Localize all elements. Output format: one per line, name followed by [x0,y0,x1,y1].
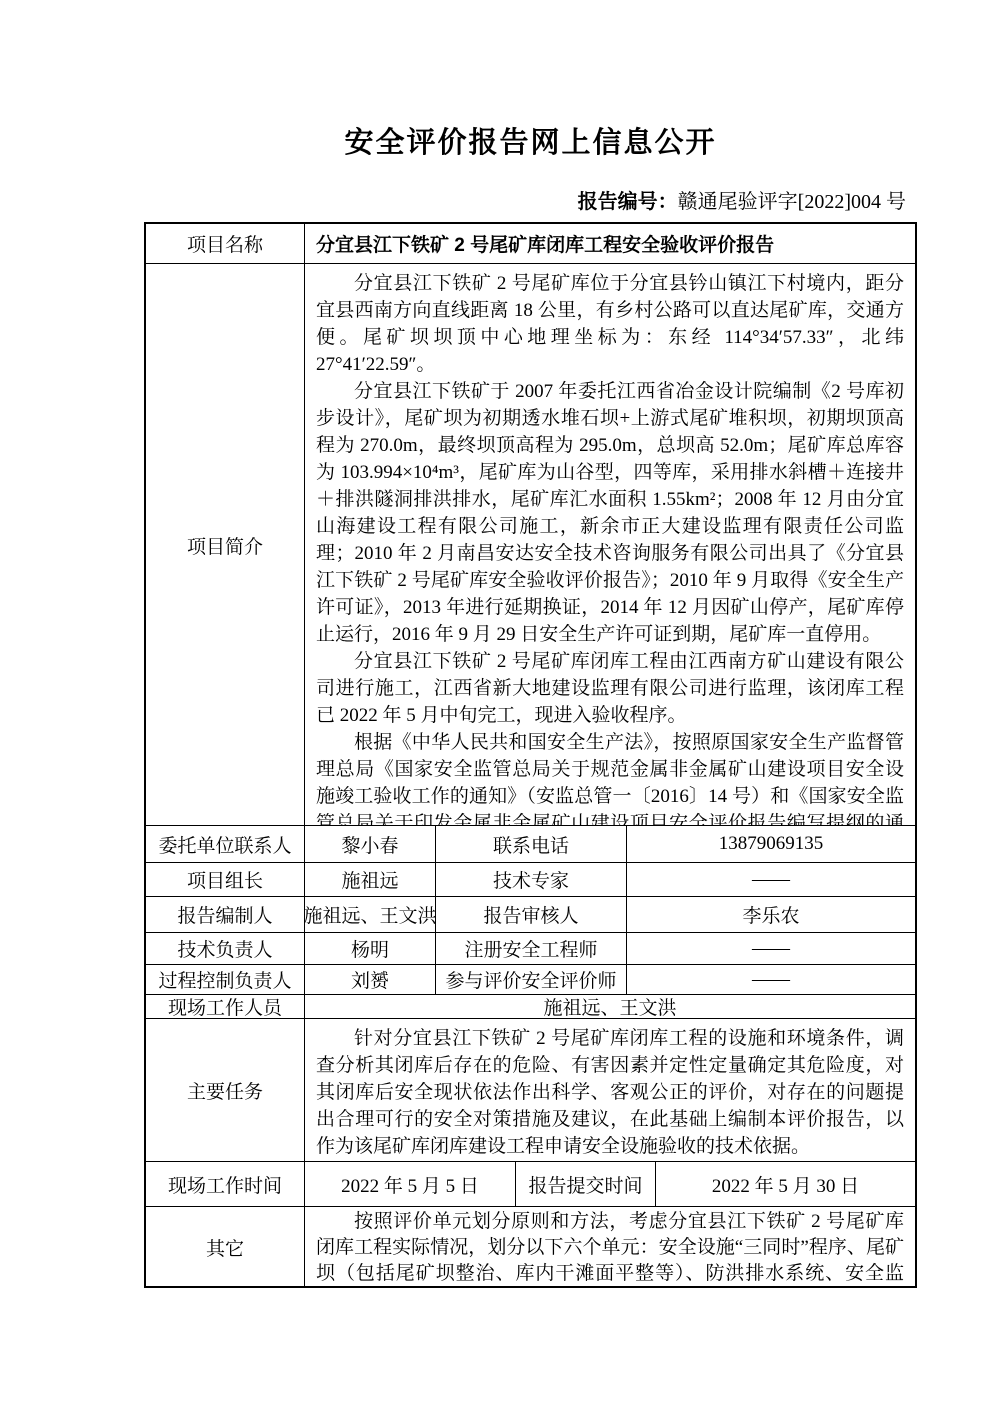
other-text-cell: 按照评价单元划分原则和方法，考虑分宜县江下铁矿 2 号尾矿库闭库工程实际情况，划… [304,1207,915,1287]
main-task-text-cell: 针对分宜县江下铁矿 2 号尾矿库闭库工程的设施和环境条件，调查分析其闭库后存在的… [304,1019,915,1162]
table-row-project-name: 项目名称 分宜县江下铁矿 2 号尾矿库闭库工程安全验收评价报告 [146,224,915,263]
project-intro-paragraph-2: 分宜县江下铁矿于 2007 年委托江西省冶金设计院编制《2 号库初步设计》，尾矿… [316,378,904,648]
project-intro-paragraph-3: 分宜县江下铁矿 2 号尾矿库闭库工程由江西南方矿山建设有限公司进行施工，江西省新… [316,648,904,729]
reviewer-name: 李乐农 [626,897,915,932]
work-time-label: 现场工作时间 [146,1162,304,1206]
report-number-value: 赣通尾验评字[2022]004 号 [678,191,906,213]
process-control-label: 过程控制负责人 [146,965,304,994]
field-staff-names: 施祖远、王文洪 [304,995,915,1018]
report-number-label: 报告编号： [578,191,678,213]
info-table: 项目名称 分宜县江下铁矿 2 号尾矿库闭库工程安全验收评价报告 项目简介 分宜县… [144,222,917,1288]
tech-lead-label: 技术负责人 [146,933,304,964]
safety-engineer-label: 注册安全工程师 [435,933,626,964]
tech-lead-name: 杨明 [304,933,435,964]
field-staff-label: 现场工作人员 [146,995,304,1018]
project-intro-text: 分宜县江下铁矿 2 号尾矿库位于分宜县钤山镇江下村境内，距分宜县西南方向直线距离… [304,264,915,826]
work-time-value: 2022 年 5 月 5 日 [304,1162,515,1206]
table-row-field-staff: 现场工作人员 施祖远、王文洪 [146,994,915,1018]
table-row-author: 报告编制人 施祖远、王文洪 报告审核人 李乐农 [146,896,915,932]
other-paragraph: 按照评价单元划分原则和方法，考虑分宜县江下铁矿 2 号尾矿库闭库工程实际情况，划… [316,1209,904,1287]
safety-engineer-value: —— [626,933,915,964]
contact-label: 委托单位联系人 [146,826,304,862]
expert-label: 技术专家 [435,863,626,896]
table-row-process-control: 过程控制负责人 刘赟 参与评价安全评价师 —— [146,964,915,994]
report-number-line: 报告编号：赣通尾验评字[2022]004 号 [144,185,906,214]
table-row-work-time: 现场工作时间 2022 年 5 月 5 日 报告提交时间 2022 年 5 月 … [146,1161,915,1206]
submit-time-label: 报告提交时间 [515,1162,655,1206]
evaluator-label: 参与评价安全评价师 [435,965,626,994]
main-task-paragraph: 针对分宜县江下铁矿 2 号尾矿库闭库工程的设施和环境条件，调查分析其闭库后存在的… [316,1025,904,1160]
evaluator-value: —— [626,965,915,994]
phone-value: 13879069135 [626,826,915,862]
phone-label: 联系电话 [435,826,626,862]
author-label: 报告编制人 [146,897,304,932]
page-title: 安全评价报告网上信息公开 [144,120,917,161]
document-page: 安全评价报告网上信息公开 报告编号：赣通尾验评字[2022]004 号 项目名称… [0,0,992,1403]
submit-time-value: 2022 年 5 月 30 日 [655,1162,915,1206]
reviewer-label: 报告审核人 [435,897,626,932]
table-row-other: 其它 按照评价单元划分原则和方法，考虑分宜县江下铁矿 2 号尾矿库闭库工程实际情… [146,1206,915,1286]
expert-value: —— [626,863,915,896]
table-row-leader: 项目组长 施祖远 技术专家 —— [146,862,915,896]
leader-label: 项目组长 [146,863,304,896]
other-label: 其它 [146,1207,304,1287]
project-intro-paragraph-1: 分宜县江下铁矿 2 号尾矿库位于分宜县钤山镇江下村境内，距分宜县西南方向直线距离… [316,270,904,378]
leader-name: 施祖远 [304,863,435,896]
table-row-project-intro: 项目简介 分宜县江下铁矿 2 号尾矿库位于分宜县钤山镇江下村境内，距分宜县西南方… [146,263,915,825]
contact-name: 黎小春 [304,826,435,862]
table-row-contact: 委托单位联系人 黎小春 联系电话 13879069135 [146,825,915,862]
project-intro-label: 项目简介 [146,264,304,826]
main-task-label: 主要任务 [146,1019,304,1162]
table-row-main-task: 主要任务 针对分宜县江下铁矿 2 号尾矿库闭库工程的设施和环境条件，调查分析其闭… [146,1018,915,1161]
table-row-tech-lead: 技术负责人 杨明 注册安全工程师 —— [146,932,915,964]
project-name-value: 分宜县江下铁矿 2 号尾矿库闭库工程安全验收评价报告 [304,224,915,263]
project-intro-paragraph-4: 根据《中华人民共和国安全生产法》，按照原国家安全生产监督管理总局《国家安全监管总… [316,729,904,826]
process-control-name: 刘赟 [304,965,435,994]
author-names: 施祖远、王文洪 [304,897,435,932]
project-name-label: 项目名称 [146,224,304,263]
